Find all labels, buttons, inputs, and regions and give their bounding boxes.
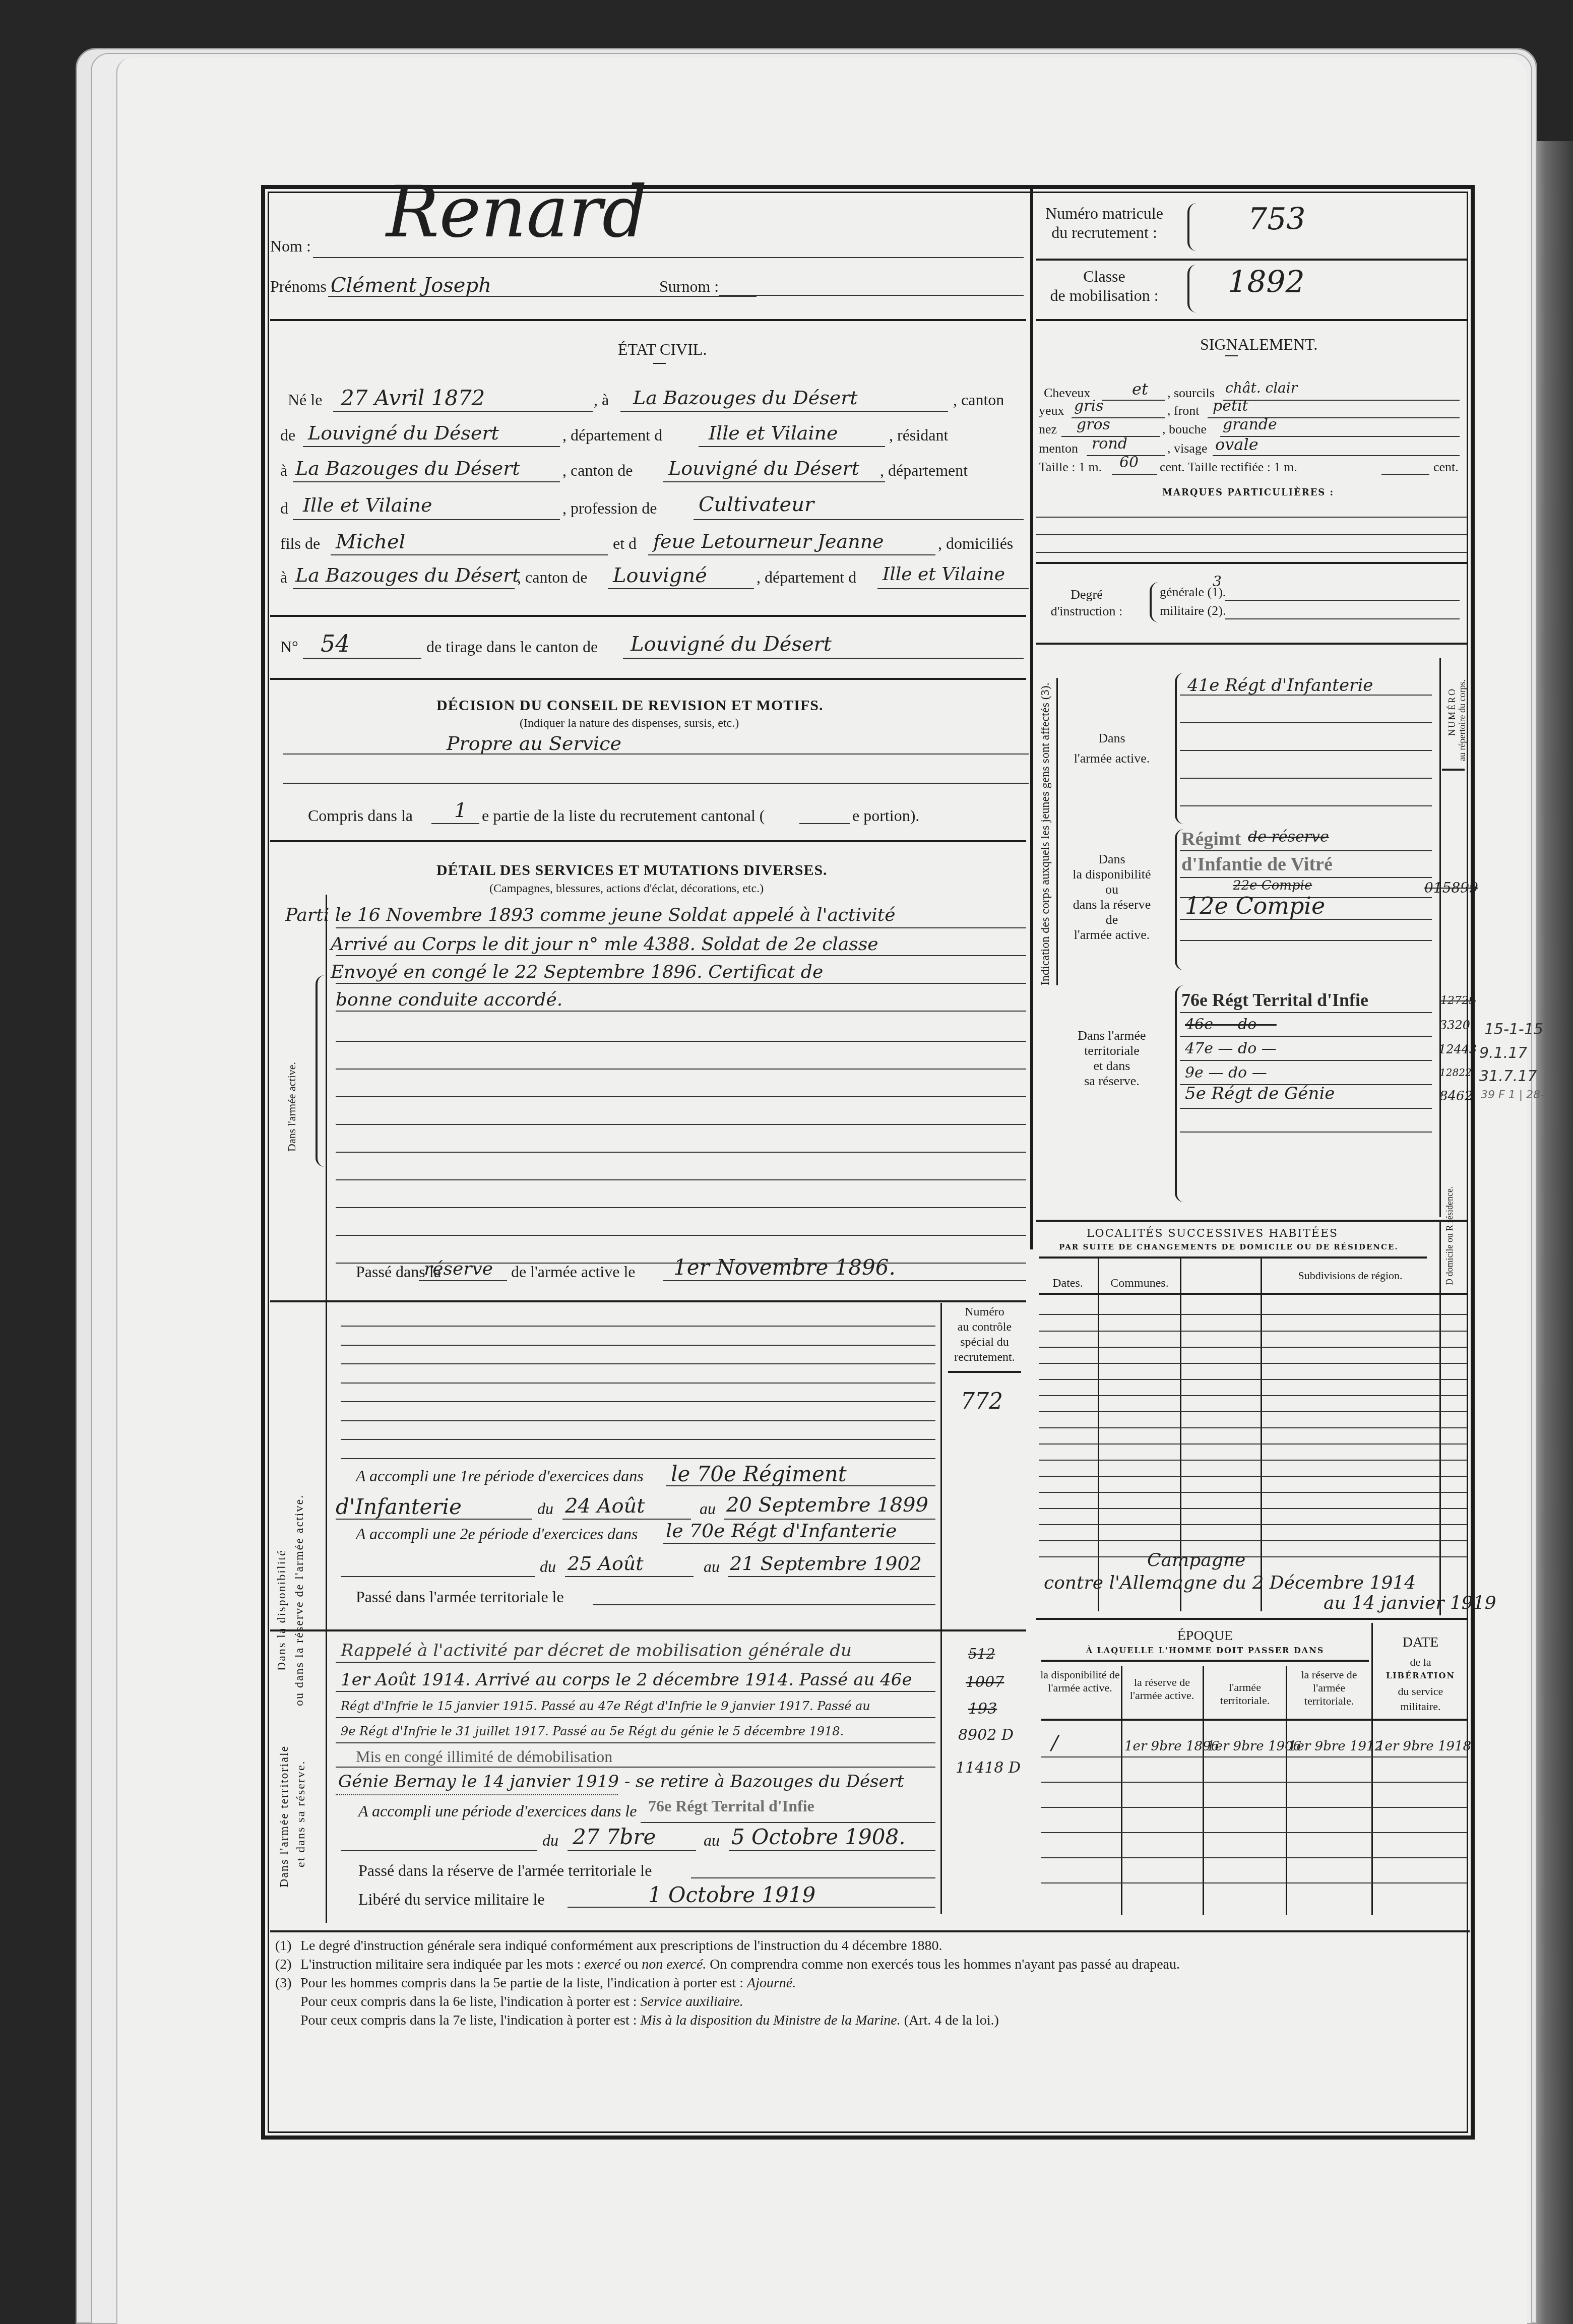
localites-col-header-rule — [1039, 1293, 1467, 1295]
corps-dispo-label-4: dans la réserve — [1061, 897, 1162, 912]
margin-date-1: 15-1-15 — [1484, 1021, 1543, 1038]
taille-cent-label: cent. Taille rectifiée : 1 m. — [1160, 460, 1297, 475]
rule — [1041, 1807, 1467, 1808]
rule — [694, 519, 1024, 520]
no-value: 54 — [321, 630, 350, 657]
prenoms-label: Prénoms : — [270, 277, 335, 296]
localites-col-communes: Communes. — [1099, 1277, 1180, 1290]
periode2-au: 21 Septembre 1902 — [730, 1552, 922, 1575]
territoriale-numero-4: 8902 D — [958, 1726, 1014, 1744]
rule — [1036, 552, 1467, 553]
campagne-line-1: Campagne — [1147, 1550, 1245, 1571]
rule — [341, 1345, 935, 1346]
disponibilite-side-label-1: Dans la disponibilité — [275, 1549, 289, 1671]
dispo-stamp-1: Régimt — [1181, 828, 1241, 850]
rule — [877, 588, 1029, 589]
departement2-label: , département — [880, 461, 968, 480]
footnote-4-text: Pour ceux compris dans la 6e liste, l'in… — [300, 1994, 743, 2010]
footnote-1-text: Le degré d'instruction générale sera ind… — [300, 1938, 942, 1954]
territoriale-brace — [1175, 985, 1184, 1202]
rule — [341, 1420, 935, 1421]
prenoms-value: Clément Joseph — [331, 274, 491, 297]
terr-row-3-numero: 12443 — [1438, 1042, 1477, 1056]
services-line-1: Parti le 16 Novembre 1893 comme jeune So… — [285, 905, 896, 925]
rule — [1041, 1756, 1467, 1757]
rule — [568, 1850, 696, 1851]
residant-label: , résidant — [889, 426, 948, 445]
epoque-value-2: 1er 9bre 1896 — [1124, 1739, 1219, 1754]
departement-value: Ille et Vilaine — [709, 422, 838, 444]
services-divider — [270, 1300, 1026, 1302]
epoque-col-divider-3 — [1286, 1666, 1287, 1915]
rule — [1180, 1012, 1432, 1013]
footnote-4-italic: Service auxiliaire. — [641, 1994, 743, 2009]
a3-label: à — [280, 568, 287, 587]
matricule-divider — [1036, 259, 1467, 261]
rule — [336, 983, 1026, 984]
footnote-2-part: ou — [620, 1957, 642, 1972]
services-brace — [316, 975, 325, 1167]
corps-brace-line — [1056, 678, 1058, 985]
territoriale-margin-line — [326, 1641, 327, 1923]
territoriale-line-1: Rappelé à l'activité par décret de mobil… — [341, 1641, 852, 1661]
rule — [729, 1850, 935, 1851]
mere-value: feue Letourneur Jeanne — [653, 530, 884, 552]
localites-col-divider-1 — [1098, 1259, 1099, 1611]
compris-label-2: e partie de la liste du recrutement cant… — [482, 806, 765, 825]
rule — [1041, 1857, 1467, 1858]
rule — [336, 1691, 935, 1692]
instruction-brace — [1150, 582, 1159, 622]
ne-le-value: 27 Avril 1872 — [341, 386, 485, 410]
epoque-col-divider-1 — [1121, 1666, 1122, 1915]
footnote-3-num: (3) — [275, 1975, 292, 1991]
compris-label-1: Compris dans la — [308, 806, 413, 825]
localites-header-rule — [1039, 1257, 1427, 1259]
rule — [303, 658, 421, 659]
terr-row-1-numero: 12729 — [1440, 994, 1476, 1007]
taille-label: Taille : 1 m. — [1039, 460, 1102, 475]
rule — [663, 1280, 1026, 1281]
epoque-col-header-rule — [1041, 1719, 1467, 1721]
rule — [1041, 1882, 1467, 1883]
rule — [1039, 1314, 1467, 1315]
classe-divider — [1036, 319, 1467, 321]
epoque-col-2: la réserve de l'armée active. — [1123, 1676, 1201, 1702]
d-label: d — [280, 499, 288, 518]
terr-row-3-corps: 47e — do — — [1185, 1040, 1277, 1057]
active-brace — [1175, 673, 1184, 824]
liberation-header-3: LIBÉRATION — [1374, 1671, 1467, 1680]
rule — [699, 446, 885, 447]
rule — [336, 1767, 935, 1768]
menton-value: rond — [1092, 435, 1127, 453]
du-label: du — [537, 1499, 553, 1518]
rule — [1112, 474, 1157, 475]
numero-repertoire-divider — [1439, 658, 1441, 1217]
au-label: au — [700, 1499, 716, 1518]
rule — [1180, 1132, 1432, 1133]
classe-label-2: de mobilisation : — [1036, 286, 1172, 305]
rule — [303, 446, 560, 447]
decision-divider — [270, 840, 1026, 842]
rule — [1039, 1524, 1467, 1525]
footnote-3-part: Pour les hommes compris dans la 5e parti… — [300, 1975, 747, 1991]
rule — [1039, 1476, 1467, 1477]
matricule-label-1: Numéro matricule — [1036, 204, 1172, 223]
au-label-3: au — [704, 1831, 720, 1850]
periode1-du: 24 Août — [565, 1494, 645, 1518]
corps-terr-label-3: et dans — [1061, 1058, 1162, 1074]
rule — [1180, 1036, 1432, 1037]
canton2-label: , canton de — [562, 461, 633, 480]
rule — [341, 1363, 935, 1364]
surnom-rule — [719, 295, 1024, 296]
rule — [1039, 1427, 1467, 1428]
yeux-value: gris — [1074, 397, 1104, 415]
rule — [1180, 722, 1432, 723]
corps-side-label: Indication des corps auxquels les jeunes… — [1039, 682, 1052, 985]
rule — [336, 1662, 935, 1663]
numero-controle-value: 772 — [961, 1389, 1003, 1414]
dispo-value: 12e Compie — [1185, 892, 1325, 919]
territoriale-numero-1: 512 — [968, 1646, 995, 1662]
a2-label: à — [280, 461, 287, 480]
bouche-value: grande — [1223, 416, 1277, 433]
numero-header-rule — [948, 1371, 1021, 1373]
rule — [1180, 1060, 1432, 1061]
title-dash — [653, 363, 666, 364]
margin-archive-note: 39 F 1 | 28-5 — [1481, 1089, 1551, 1101]
compris-label-3: e portion). — [852, 806, 919, 825]
matricule-label-2: du recrutement : — [1036, 223, 1172, 242]
rule — [1039, 1411, 1467, 1412]
rule — [666, 1485, 935, 1486]
etat-civil-title: ÉTAT CIVIL. — [618, 340, 707, 359]
marques-title: MARQUES PARTICULIÈRES : — [1162, 487, 1334, 498]
corps-terr-label-4: sa réserve. — [1061, 1074, 1162, 1089]
rule — [1039, 1395, 1467, 1396]
corps-dispo-label-5: de — [1061, 912, 1162, 927]
et-de-label: et d — [613, 534, 637, 553]
front-label: , front — [1167, 403, 1200, 418]
numero-header-4: recrutement. — [943, 1351, 1026, 1364]
front-value: petit — [1213, 397, 1248, 415]
rule — [336, 1069, 1026, 1070]
militaire-label: militaire (2). — [1160, 603, 1226, 618]
sourcils-label: , sourcils — [1167, 386, 1215, 401]
rule — [336, 1179, 1026, 1180]
footnote-3-text: Pour les hommes compris dans la 5e parti… — [300, 1975, 796, 1991]
territoriale-line-2: 1er Août 1914. Arrivé au corps le 2 déce… — [341, 1670, 912, 1690]
taille-cent2-label: cent. — [1433, 460, 1459, 475]
rule — [1039, 1443, 1467, 1444]
rule — [341, 1576, 535, 1577]
rule — [1180, 940, 1432, 941]
footnote-1-num: (1) — [275, 1938, 292, 1954]
periode-du: 27 7bre — [573, 1825, 656, 1849]
rule — [691, 1877, 935, 1878]
rule — [341, 1401, 935, 1402]
active-label-1: Dans — [1061, 731, 1162, 746]
no-label: N° — [280, 638, 298, 656]
rule — [283, 753, 1029, 755]
a-label: , à — [594, 391, 609, 409]
liberation-header-1: DATE — [1374, 1635, 1467, 1651]
main-column-divider — [1030, 189, 1033, 1249]
localites-col-subdivisions: Subdivisions de région. — [1262, 1269, 1438, 1282]
periode2-du: 25 Août — [568, 1552, 644, 1575]
rule — [623, 658, 1024, 659]
yeux-label: yeux — [1039, 403, 1064, 418]
rule — [799, 823, 850, 824]
decision-title: DÉCISION DU CONSEIL DE REVISION ET MOTIF… — [436, 697, 823, 714]
passe-reserve-label: Passé dans la réserve de l'armée territo… — [358, 1861, 652, 1880]
numero-header-2: au contrôle — [943, 1321, 1026, 1334]
periode1-corps: le 70e Régiment — [671, 1462, 847, 1486]
rule — [1102, 400, 1165, 401]
canton3-value: Louvigné — [613, 564, 707, 587]
services-title: DÉTAIL DES SERVICES ET MUTATIONS DIVERSE… — [436, 862, 828, 879]
taille-value: 60 — [1119, 454, 1139, 471]
disponibilite-side-label-2: ou dans la réserve de l'armée active. — [293, 1494, 306, 1706]
decision-subtitle: (Indiquer la nature des dispenses, sursi… — [520, 717, 739, 730]
passe-label-2: de l'armée active le — [511, 1263, 636, 1281]
signalement-divider — [1036, 562, 1467, 564]
departement2-value: Ille et Vilaine — [303, 494, 432, 516]
fils-de-label: fils de — [280, 534, 320, 553]
territoriale-numero-2: 1007 — [966, 1673, 1004, 1691]
generale-value: 3 — [1213, 573, 1222, 590]
rule — [593, 1604, 935, 1605]
prenoms-rule — [328, 296, 757, 297]
rule — [1039, 1347, 1467, 1348]
services-line-2: Arrivé au Corps le dit jour n° mle 4388.… — [331, 934, 878, 955]
rule — [1039, 1460, 1467, 1461]
periode-label: A accompli une période d'exercices dans … — [358, 1802, 637, 1820]
rule — [341, 1383, 935, 1384]
rule — [431, 823, 479, 824]
active-label-2: l'armée active. — [1061, 751, 1162, 766]
campagne-line-2: contre l'Allemagne du 2 Décembre 1914 — [1044, 1573, 1416, 1593]
epoque-liberation-divider — [1371, 1623, 1373, 1915]
rule — [341, 1326, 935, 1327]
footnote-2-num: (2) — [275, 1957, 292, 1973]
departement3-value: Ille et Vilaine — [883, 564, 1005, 585]
de-label: de — [280, 426, 295, 445]
periode1-label: A accompli une 1re période d'exercices d… — [356, 1467, 644, 1485]
tirage-label: de tirage dans le canton de — [426, 638, 598, 656]
nez-value: gros — [1077, 416, 1110, 433]
localites-subtitle: PAR SUITE DE CHANGEMENTS DE DOMICILE OU … — [1059, 1242, 1399, 1251]
epoque-value-3: 1er 9bre 1906 — [1207, 1739, 1301, 1754]
terr-row-2-numero: 3320 — [1439, 1018, 1470, 1032]
territoriale-numero-3: 193 — [968, 1700, 997, 1718]
localites-divider — [1036, 1618, 1467, 1620]
epoque-value-4: 1er 9bre 1912 — [1288, 1739, 1383, 1754]
rule — [283, 783, 1029, 784]
rule — [336, 955, 1026, 956]
canton-label: , canton — [953, 391, 1004, 409]
footnote-5-italic: Mis à la disposition du Ministre de la M… — [641, 2013, 901, 2028]
pere-value: Michel — [336, 530, 405, 553]
military-register-form: Nom : Renard Prénoms : Clément Joseph Su… — [261, 185, 1475, 2140]
rule — [1039, 1540, 1467, 1541]
departement3-label: , département d — [757, 568, 856, 587]
tirage-divider — [270, 678, 1026, 680]
surnom-label: Surnom : — [659, 277, 719, 296]
localites-col-divider-3 — [1261, 1259, 1262, 1611]
canton2-value: Louvigné du Désert — [668, 457, 859, 479]
libere-label: Libéré du service militaire le — [358, 1890, 545, 1909]
du-label-2: du — [540, 1557, 556, 1576]
footnote-2-part: On comprendra comme non exercés tous les… — [706, 1957, 1180, 1972]
epoque-col-3: l'armée territoriale. — [1205, 1681, 1285, 1707]
rule — [1041, 1782, 1467, 1783]
liberation-header-5: militaire. — [1374, 1700, 1467, 1713]
territoriale-line-4: 9e Régt d'Infrie le 31 juillet 1917. Pas… — [341, 1724, 844, 1738]
header-divider — [270, 319, 1026, 321]
etat-civil-divider — [270, 615, 1026, 617]
numero-repertoire-header-1: NUMÉRO — [1447, 687, 1458, 736]
rule — [341, 1439, 935, 1440]
nom-value: Renard — [386, 171, 647, 254]
nez-label: nez — [1039, 422, 1057, 437]
rule — [293, 481, 560, 482]
rule — [336, 1124, 1026, 1125]
visage-value: ovale — [1215, 435, 1259, 454]
corps-terr-label-1: Dans l'armée — [1061, 1028, 1162, 1043]
footnote-3-italic: Ajourné. — [747, 1975, 796, 1991]
departement-label: , département d — [562, 426, 662, 445]
rule — [1225, 600, 1460, 601]
rule — [336, 1519, 532, 1520]
instruction-label-1: Degré — [1041, 587, 1132, 602]
rule — [341, 1458, 935, 1459]
rule — [648, 554, 935, 555]
corps-divider — [1036, 1220, 1467, 1222]
rule — [1039, 1556, 1467, 1557]
rule — [1180, 919, 1432, 920]
rule — [1225, 618, 1460, 619]
corps-dispo-label-6: l'armée active. — [1061, 927, 1162, 943]
services-side-label: Dans l'armée active. — [285, 1062, 298, 1152]
rule — [336, 1041, 1026, 1042]
footnote-2-italic: non exercé. — [642, 1957, 706, 1972]
dispo-stamp-2: d'Infantie de Vitré — [1181, 853, 1333, 875]
rule — [1381, 474, 1429, 475]
rule — [1213, 455, 1460, 456]
footnote-2-part: L'instruction militaire sera indiquée pa… — [300, 1957, 584, 1972]
rule — [336, 1096, 1026, 1097]
canton-value: Louvigné du Désert — [308, 422, 499, 444]
active-value: 41e Régt d'Infanterie — [1187, 675, 1373, 696]
classe-value: 1892 — [1228, 265, 1305, 300]
footnote-5-text: Pour ceux compris dans la 7e liste, l'in… — [300, 2013, 999, 2029]
services-margin-line — [326, 895, 327, 1338]
matricule-value: 753 — [1248, 202, 1306, 237]
margin-date-2: 9.1.17 — [1479, 1044, 1527, 1062]
services-subtitle: (Campagnes, blessures, actions d'éclat, … — [489, 882, 764, 896]
matricule-brace — [1187, 203, 1197, 251]
domicile-value: La Bazouges du Désert — [295, 564, 520, 586]
numero-repertoire-header-2: au répertoire du corps. — [1457, 679, 1468, 761]
campagne-line-3: au 14 janvier 1919 — [1324, 1593, 1496, 1613]
corps-terr-label-2: territoriale — [1061, 1043, 1162, 1058]
periode1-corps-2: d'Infanterie — [336, 1494, 462, 1519]
instruction-divider — [1036, 643, 1467, 645]
rule — [293, 519, 560, 520]
menton-label: menton — [1039, 441, 1078, 456]
rule — [1180, 750, 1432, 751]
rule — [608, 588, 754, 589]
localites-col-dates: Dates. — [1039, 1277, 1097, 1290]
rule — [336, 1717, 935, 1718]
compris-value: 1 — [454, 799, 467, 822]
terr-row-2-corps: 46e — do — — [1185, 1016, 1277, 1033]
periode2-label: A accompli une 2e période d'exercices da… — [356, 1525, 638, 1543]
rule — [1039, 1508, 1467, 1509]
epoque-col-divider-2 — [1203, 1666, 1204, 1915]
rule — [1180, 805, 1432, 806]
rule — [1180, 850, 1432, 851]
passe-territoriale-label: Passé dans l'armée territoriale le — [356, 1588, 564, 1606]
territoriale-numero-divider — [940, 1631, 942, 1914]
periode-corps-stamp: 76e Régt Territal d'Infie — [648, 1797, 814, 1815]
rule — [341, 1850, 537, 1851]
localites-title: LOCALITÉS SUCCESSIVES HABITÉES — [1087, 1227, 1338, 1240]
periode2-corps: le 70e Régt d'Infanterie — [666, 1520, 897, 1542]
rule — [336, 927, 1026, 928]
rule — [336, 1152, 1026, 1153]
rule — [419, 1280, 507, 1281]
mis-en-value: Génie Bernay le 14 janvier 1919 - se ret… — [338, 1772, 904, 1792]
epoque-col-1: la disponibilité de l'armée active. — [1040, 1668, 1120, 1694]
rule — [1180, 695, 1432, 696]
passe-value-2: 1er Novembre 1896. — [673, 1255, 896, 1280]
nom-rule — [313, 257, 1024, 258]
bouche-label: , bouche — [1162, 422, 1207, 437]
title-dash — [1225, 355, 1238, 356]
visage-label: , visage — [1167, 441, 1207, 456]
rule — [336, 1011, 1026, 1012]
footnote-4-part: Pour ceux compris dans la 6e liste, l'in… — [300, 1994, 641, 2009]
rule — [293, 588, 515, 589]
terr-row-4-corps: 9e — do — — [1185, 1064, 1267, 1082]
liberation-header-2: de la — [1374, 1656, 1467, 1669]
corps-dispo-label-3: ou — [1061, 882, 1162, 897]
dispo-strike-1: de réserve — [1248, 828, 1329, 846]
rule — [336, 1794, 618, 1795]
cheveux-value: et — [1132, 380, 1148, 399]
rule — [333, 411, 593, 412]
rule — [1039, 1363, 1467, 1364]
profession-value: Cultivateur — [699, 493, 814, 516]
margin-date-3: 31.7.17 — [1479, 1067, 1537, 1085]
rule — [1039, 1331, 1467, 1332]
territoriale-side-label-1: Dans l'armée territoriale — [278, 1745, 291, 1888]
terr-row-5-numero: 8462 — [1439, 1089, 1473, 1104]
localites-col-domicile: D domicile ou R résidence. — [1444, 1186, 1455, 1285]
numero-header-1: Numéro — [943, 1305, 1026, 1319]
profession-label: , profession de — [562, 499, 657, 518]
libere-value: 1 Octobre 1919 — [648, 1882, 815, 1907]
mis-en-label: Mis en congé illimité de démobilisation — [356, 1747, 612, 1766]
territoriale-numero-5: 11418 D — [956, 1759, 1021, 1777]
periode1-au: 20 Septembre 1899 — [726, 1493, 928, 1517]
services-line-3: Envoyé en congé le 22 Septembre 1896. Ce… — [331, 962, 823, 982]
rule — [641, 1822, 935, 1823]
